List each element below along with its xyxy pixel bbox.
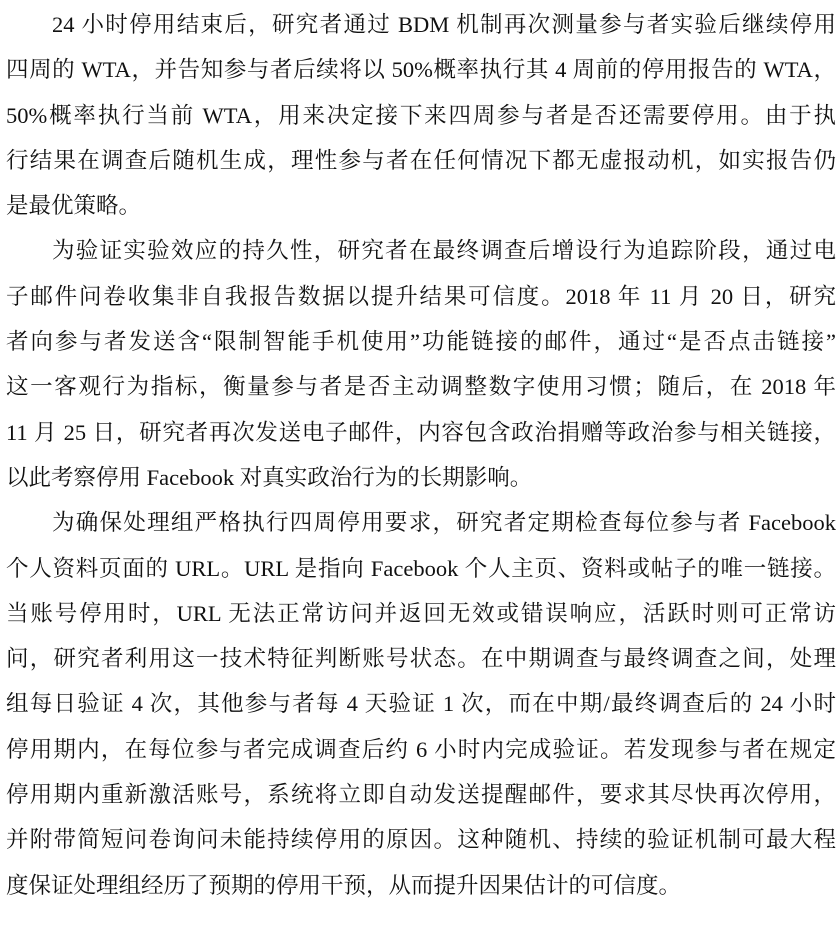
text-line: 以此考察停用 Facebook 对真实政治行为的长期影响。: [6, 455, 836, 500]
text-line: 这一客观行为指标，衡量参与者是否主动调整数字使用习惯；随后，在 2018 年: [6, 364, 836, 409]
text-line: 子邮件问卷收集非自我报告数据以提升结果可信度。2018 年 11 月 20 日，…: [6, 274, 836, 319]
document-page: 24 小时停用结束后，研究者通过 BDM 机制再次测量参与者实验后继续停用 四周…: [0, 2, 840, 927]
text-line: 并附带简短问卷询问未能持续停用的原因。这种随机、持续的验证机制可最大程: [6, 817, 836, 862]
text-line: 个人资料页面的 URL。URL 是指向 Facebook 个人主页、资料或帖子的…: [6, 546, 836, 591]
text-line: 为确保处理组严格执行四周停用要求，研究者定期检查每位参与者 Facebook: [6, 500, 836, 545]
text-line: 停用期内重新激活账号，系统将立即自动发送提醒邮件，要求其尽快再次停用，: [6, 772, 836, 817]
text-line: 四周的 WTA，并告知参与者后续将以 50%概率执行其 4 周前的停用报告的 W…: [6, 47, 836, 92]
text-line: 度保证处理组经历了预期的停用干预，从而提升因果估计的可信度。: [6, 863, 836, 908]
text-line: 组每日验证 4 次，其他参与者每 4 天验证 1 次，而在中期/最终调查后的 2…: [6, 681, 836, 726]
text-line: 为验证实验效应的持久性，研究者在最终调查后增设行为追踪阶段，通过电: [6, 228, 836, 273]
text-line: 24 小时停用结束后，研究者通过 BDM 机制再次测量参与者实验后继续停用: [6, 2, 836, 47]
text-line: 停用期内，在每位参与者完成调查后约 6 小时内完成验证。若发现参与者在规定: [6, 727, 836, 772]
text-line: 是最优策略。: [6, 183, 836, 228]
text-line: 11 月 25 日，研究者再次发送电子邮件，内容包含政治捐赠等政治参与相关链接，: [6, 410, 836, 455]
paragraph-behavior-tracking: 为验证实验效应的持久性，研究者在最终调查后增设行为追踪阶段，通过电 子邮件问卷收…: [6, 228, 836, 500]
text-line: 当账号停用时，URL 无法正常访问并返回无效或错误响应，活跃时则可正常访: [6, 591, 836, 636]
text-line: 者向参与者发送含“限制智能手机使用”功能链接的邮件，通过“是否点击链接”: [6, 319, 836, 364]
paragraph-deactivation-verification: 为确保处理组严格执行四周停用要求，研究者定期检查每位参与者 Facebook 个…: [6, 500, 836, 908]
text-line: 问，研究者利用这一技术特征判断账号状态。在中期调查与最终调查之间，处理: [6, 636, 836, 681]
text-line: 行结果在调查后随机生成，理性参与者在任何情况下都无虚报动机，如实报告仍: [6, 138, 836, 183]
text-line: 50%概率执行当前 WTA，用来决定接下来四周参与者是否还需要停用。由于执: [6, 93, 836, 138]
paragraph-wta-measurement: 24 小时停用结束后，研究者通过 BDM 机制再次测量参与者实验后继续停用 四周…: [6, 2, 836, 228]
